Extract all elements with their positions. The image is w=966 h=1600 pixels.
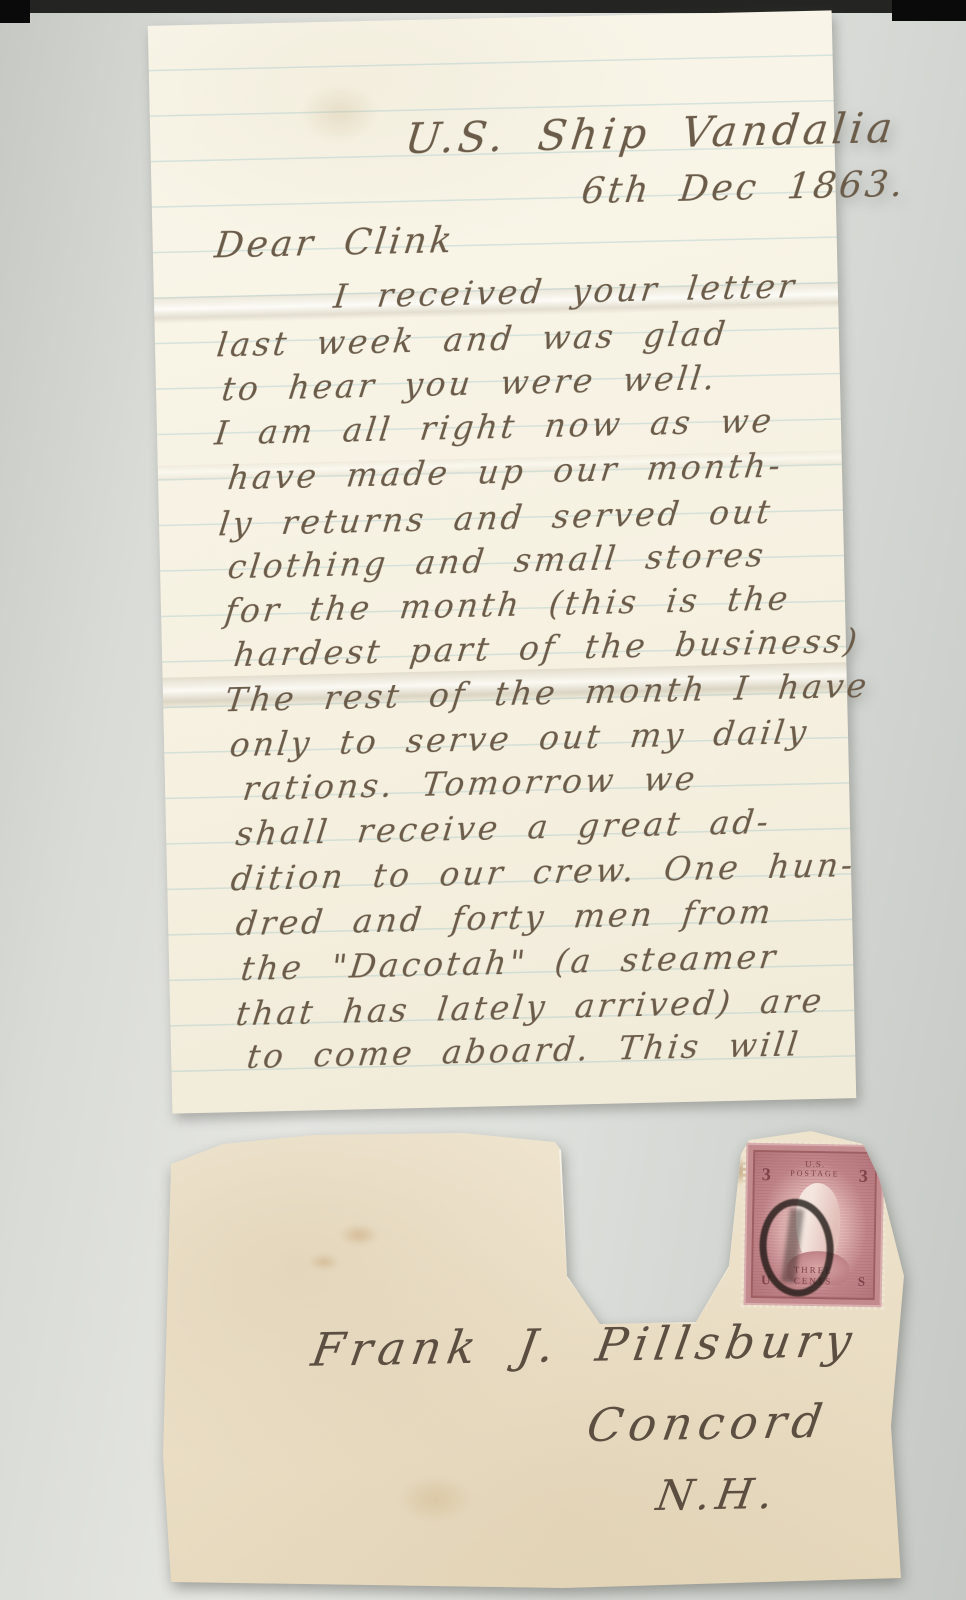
letter-line: only to serve out my daily (228, 715, 811, 761)
letter-line: the "Dacotah" (a steamer (239, 940, 780, 985)
address-city: Concord (584, 1398, 831, 1448)
torn-opening (559, 1140, 743, 1328)
envelope: Frank J. Pillsbury Concord N.H. U.S. POS… (163, 1126, 907, 1594)
letter-line: shall receive a great ad- (234, 805, 773, 850)
stamp-postage-label: POSTAGE (755, 1169, 875, 1179)
stamp-value-right: 3 (859, 1167, 868, 1185)
envelope-stain (399, 1476, 471, 1522)
stamp-frame: U.S. POSTAGE 3 3 THREE CENTS U S (751, 1150, 878, 1300)
envelope-stain (631, 1290, 675, 1318)
letter-heading-date: 6th Dec 1863. (580, 167, 908, 210)
scanner-corner-right (892, 0, 966, 21)
envelope-stain (309, 1254, 339, 1270)
letter-line: rations. Tomorrow we (241, 762, 699, 805)
letter-salutation: Dear Clink (213, 223, 457, 265)
postage-stamp: U.S. POSTAGE 3 3 THREE CENTS U S (744, 1143, 885, 1307)
envelope-paper: Frank J. Pillsbury Concord N.H. U.S. POS… (163, 1126, 907, 1594)
letter-line: clothing and small stores (226, 538, 768, 583)
stamp-value-left: 3 (762, 1165, 771, 1183)
address-state: N.H. (653, 1473, 781, 1517)
letter-paper: U.S. Ship Vandalia 6th Dec 1863. Dear Cl… (148, 10, 857, 1113)
stamp-corner-s: S (858, 1275, 865, 1288)
letter-line: have made up our month- (226, 449, 785, 495)
paper-stain (299, 83, 380, 145)
letter-page: U.S. Ship Vandalia 6th Dec 1863. Dear Cl… (148, 10, 857, 1113)
address-recipient: Frank J. Pillsbury (309, 1317, 861, 1372)
envelope-stain (339, 1224, 379, 1246)
letter-line: last week and was glad (215, 317, 730, 362)
letter-line: to come aboard. This will (245, 1027, 802, 1073)
scanner-corner-left (0, 0, 30, 23)
letter-line: I received your letter (332, 269, 799, 313)
letter-line: ly returns and served out (217, 495, 775, 541)
letter-heading-ship: U.S. Ship Vandalia (403, 107, 899, 160)
letter-line: I am all right now as we (213, 404, 776, 450)
scanned-letter-photo: U.S. Ship Vandalia 6th Dec 1863. Dear Cl… (0, 0, 966, 1600)
letter-line: to hear you were well. (220, 361, 719, 405)
letter-line: for the month (this is the (223, 581, 792, 627)
letter-line: that has lately arrived) are (234, 984, 826, 1030)
letter-line: dition to our crew. One hun- (229, 848, 857, 895)
letter-line: dred and forty men from (234, 895, 775, 940)
